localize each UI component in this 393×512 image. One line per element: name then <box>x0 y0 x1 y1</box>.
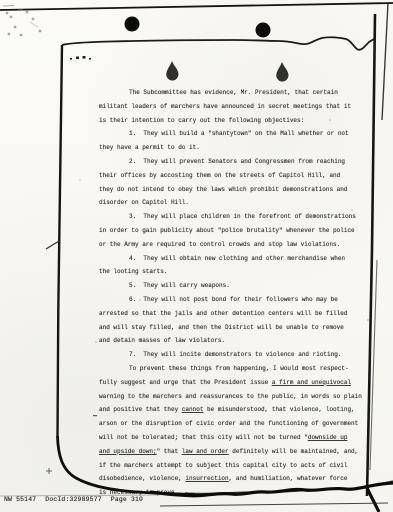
footer-record-number: NW 55147 <box>4 496 36 503</box>
doc-line: in order to gain publicity about "police… <box>99 224 367 238</box>
doc-line: 5. They will carry weapons. <box>99 279 367 293</box>
doc-line: will not be tolerated; that this city wi… <box>99 431 367 445</box>
pencil-scribbles <box>3 6 41 36</box>
doc-line: the looting starts. <box>99 265 367 279</box>
tick-mark <box>46 241 59 249</box>
hole-punch-mark <box>125 17 140 32</box>
doc-line: is their intention to carry out the foll… <box>99 114 367 128</box>
ink-blob <box>276 62 288 82</box>
archive-footer: NW 55147DocId:32989577Page 310 <box>4 496 152 503</box>
ink-blob <box>166 61 178 81</box>
plus-mark <box>46 468 52 474</box>
doc-line: and detain masses of law violators. <box>99 334 367 348</box>
doc-line: their offices by accosting them on the s… <box>99 169 367 183</box>
doc-line: or the Army are required to control crow… <box>99 238 367 252</box>
doc-line: disobedience, violence, insurrection, an… <box>99 472 367 486</box>
doc-line: 6. They will not post bond for their fol… <box>99 293 367 307</box>
doc-line: warning to the marchers and reassurances… <box>99 390 367 404</box>
doc-line: The Subcommittee has evidence, Mr. Presi… <box>99 86 367 100</box>
doc-line: 2. They will prevent Senators and Congre… <box>99 155 367 169</box>
scanned-document-page: The Subcommittee has evidence, Mr. Presi… <box>0 0 393 512</box>
footer-page-number: Page 310 <box>111 496 143 503</box>
doc-line: 4. They will obtain new clothing and oth… <box>99 252 367 266</box>
doc-line: disorder on Capitol Hill. <box>99 196 367 210</box>
doc-line: militant leaders of marchers have announ… <box>99 100 367 114</box>
doc-line: if the marchers attempt to subject this … <box>99 459 367 473</box>
hole-punch-mark <box>256 23 271 38</box>
doc-line: To prevent these things from happening, … <box>99 362 367 376</box>
margin-pen-marks <box>70 56 97 416</box>
doc-line: and upside down;" that law and order def… <box>99 445 367 459</box>
doc-line: they have a permit to do it. <box>99 141 367 155</box>
doc-line: arson or the disruption of civic order a… <box>99 417 367 431</box>
frame-corner-line <box>382 3 388 120</box>
doc-line: and positive that they cannot be misunde… <box>99 403 367 417</box>
footer-doc-id: DocId:32989577 <box>45 496 102 503</box>
doc-line: fully suggest and urge that the Presiden… <box>99 376 367 390</box>
doc-line: 1. They will build a "shantytown" on the… <box>99 127 367 141</box>
doc-line: they do not intend to obey the laws whic… <box>99 183 367 197</box>
frame-top-edge-line <box>0 3 393 10</box>
page-right-edge-line <box>366 14 379 512</box>
doc-line: arrested so that the jails and other det… <box>99 307 367 321</box>
doc-line: and will stay filled, and then the Distr… <box>99 321 367 335</box>
doc-line: 3. They will place children in the foref… <box>99 210 367 224</box>
doc-line: 7. They will incite demonstrators to vio… <box>99 348 367 362</box>
document-text: The Subcommittee has evidence, Mr. Presi… <box>99 86 367 500</box>
